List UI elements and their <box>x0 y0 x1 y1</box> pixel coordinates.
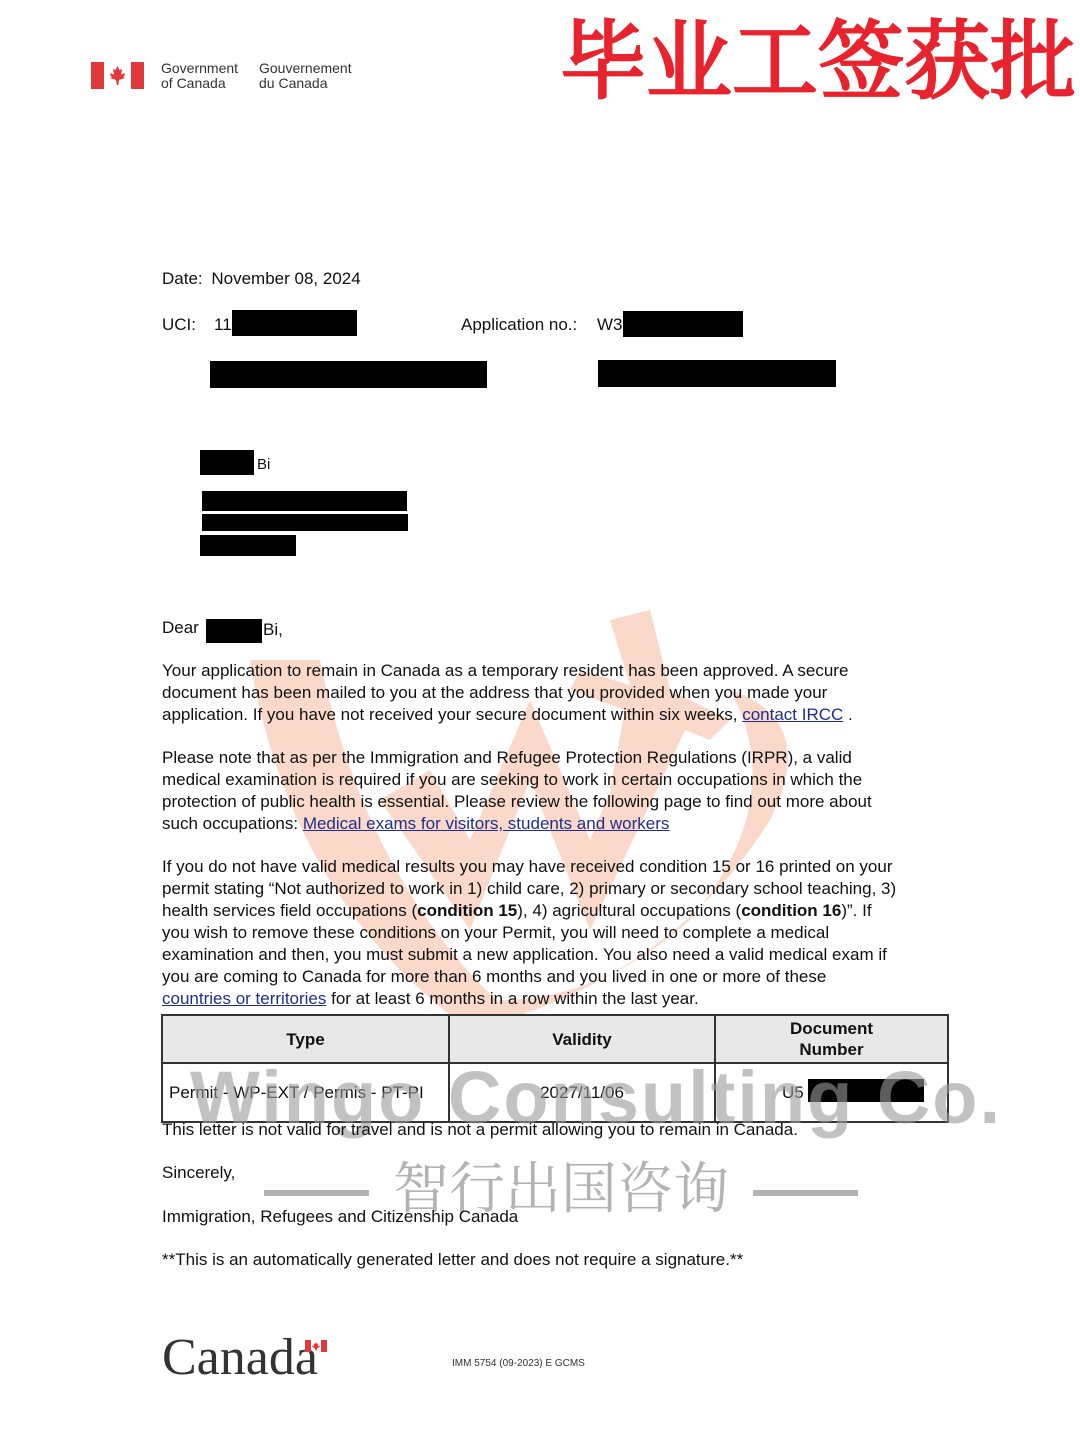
p3-line4: you wish to remove these conditions on y… <box>162 922 962 944</box>
paragraph-medical: Please note that as per the Immigration … <box>162 747 962 835</box>
wordmark-flag-icon <box>305 1340 327 1352</box>
uci-redaction <box>232 310 357 336</box>
watermark-dash-left <box>264 1190 369 1196</box>
p2-line2: medical examination is required if you a… <box>162 769 962 791</box>
gouvernement-du-canada-fr: Gouvernement du Canada <box>259 61 352 91</box>
p3-line3-a: health services field occupations ( <box>162 901 417 920</box>
uci-label: UCI: <box>162 314 196 336</box>
recipient-name-redaction <box>200 450 254 475</box>
p1-end: . <box>843 705 852 724</box>
application-redaction <box>623 311 743 337</box>
date-row: Date: November 08, 2024 <box>162 268 361 290</box>
redacted-block-right <box>598 360 836 387</box>
cell-validity: 2027/11/06 <box>449 1063 715 1122</box>
redacted-block-left <box>210 361 487 388</box>
p3-line1: If you do not have valid medical results… <box>162 856 962 878</box>
signatory: Immigration, Refugees and Citizenship Ca… <box>162 1206 518 1228</box>
date-value: November 08, 2024 <box>211 269 360 288</box>
header-document-number: Document Number <box>715 1015 948 1063</box>
condition-16: condition 16 <box>741 901 841 920</box>
greeting-name-redaction <box>206 619 262 643</box>
form-code: IMM 5754 (09-2023) E GCMS <box>452 1358 585 1369</box>
table-row: Permit - WP-EXT / Permis - PT-PI 2027/11… <box>162 1063 948 1122</box>
sincerely: Sincerely, <box>162 1162 235 1184</box>
greeting-prefix: Dear <box>162 617 199 639</box>
p2-line4: such occupations: <box>162 814 303 833</box>
canada-wordmark: Canada <box>162 1328 318 1387</box>
medical-exams-link[interactable]: Medical exams for visitors, students and… <box>303 814 670 833</box>
p3-line2: permit stating “Not authorized to work i… <box>162 878 962 900</box>
p1-line2: document has been mailed to you at the a… <box>162 682 962 704</box>
auto-generated-note: **This is an automatically generated let… <box>162 1249 743 1271</box>
p2-line3: protection of public health is essential… <box>162 791 962 813</box>
greeting-suffix: Bi, <box>263 619 283 641</box>
header-type: Type <box>162 1015 449 1063</box>
address-line2-redaction <box>202 514 408 531</box>
cell-type: Permit - WP-EXT / Permis - PT-PI <box>162 1063 449 1122</box>
condition-15: condition 15 <box>417 901 517 920</box>
gov-fr-line2: du Canada <box>259 76 352 91</box>
permit-table: Type Validity Document Number Permit - W… <box>161 1014 949 1123</box>
watermark-dash-right <box>753 1190 858 1196</box>
p3-line5: examination and then, you must submit a … <box>162 944 962 966</box>
canada-flag-icon <box>91 62 144 89</box>
countries-territories-link[interactable]: countries or territories <box>162 989 326 1008</box>
p1-line3: application. If you have not received yo… <box>162 705 742 724</box>
address-line1-redaction <box>202 491 407 511</box>
application-label: Application no.: <box>461 314 577 336</box>
p2-line1: Please note that as per the Immigration … <box>162 747 962 769</box>
p3-line7: for at least 6 months in a row within th… <box>326 989 698 1008</box>
p3-line3-c: ), 4) agricultural occupations ( <box>517 901 741 920</box>
document-prefix: U5 <box>782 1083 804 1102</box>
gov-en-line1: Government <box>161 61 238 76</box>
paragraph-conditions: If you do not have valid medical results… <box>162 856 962 1010</box>
p3-line6: you are coming to Canada for more than 6… <box>162 966 962 988</box>
date-label: Date: <box>162 269 203 288</box>
application-prefix: W3 <box>597 314 623 336</box>
travel-disclaimer: This letter is not valid for travel and … <box>162 1119 798 1141</box>
address-line3-redaction <box>200 535 296 556</box>
approval-banner: 毕业工签获批 <box>560 12 1076 112</box>
gov-fr-line1: Gouvernement <box>259 61 352 76</box>
contact-ircc-link[interactable]: contact IRCC <box>742 705 843 724</box>
p3-line3: health services field occupations (condi… <box>162 900 962 922</box>
paragraph-approval: Your application to remain in Canada as … <box>162 660 962 726</box>
canada-wordmark-text: Canada <box>162 1329 318 1386</box>
header-validity: Validity <box>449 1015 715 1063</box>
p1-line1: Your application to remain in Canada as … <box>162 660 962 682</box>
recipient-surname: Bi <box>257 456 270 473</box>
uci-prefix: 11 <box>214 314 232 336</box>
p3-line3-e: )”. If <box>841 901 871 920</box>
cell-document-number: U5 <box>715 1063 948 1122</box>
gov-en-line2: of Canada <box>161 76 238 91</box>
document-number-redaction <box>808 1079 924 1102</box>
table-header-row: Type Validity Document Number <box>162 1015 948 1063</box>
government-of-canada-en: Government of Canada <box>161 61 238 91</box>
